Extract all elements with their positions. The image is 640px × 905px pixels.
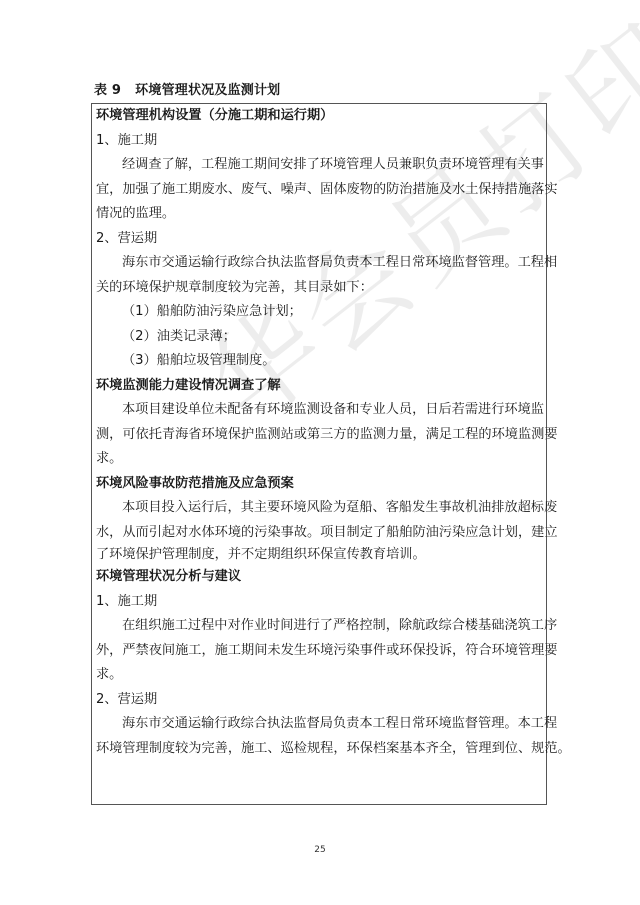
page-number: 25: [0, 845, 640, 855]
paragraph-line: 情况的监理。: [96, 202, 542, 227]
paragraph-line: 水，从而引起对水体环境的污染事故。项目制定了船舶防油污染应急计划，建立: [96, 521, 542, 546]
section-heading: 环境监测能力建设情况调查了解: [96, 374, 542, 399]
paragraph-line: 本项目建设单位未配备有环境监测设备和专业人员，日后若需进行环境监: [96, 398, 542, 423]
paragraph-line: 求。: [96, 663, 542, 688]
subheading: 2、营运期: [96, 688, 542, 713]
document-page: 华会员打印 表 9环境管理状况及监测计划 环境管理机构设置（分施工期和运行期） …: [0, 0, 640, 905]
subheading: 1、施工期: [96, 129, 542, 154]
list-item: （2）油类记录薄；: [96, 325, 542, 350]
table-content: 环境管理机构设置（分施工期和运行期） 1、施工期 经调查了解，工程施工期间安排了…: [92, 104, 546, 761]
section-heading: 环境管理机构设置（分施工期和运行期）: [96, 104, 542, 129]
paragraph-line: 海东市交通运输行政综合执法监督局负责本工程日常环境监督管理。工程相: [96, 251, 542, 276]
paragraph-line: 关的环境保护规章制度较为完善，其目录如下：: [96, 276, 542, 301]
paragraph-line: 海东市交通运输行政综合执法监督局负责本工程日常环境监督管理。本工程: [96, 712, 542, 737]
paragraph-line: 环境管理制度较为完善，施工、巡检规程，环保档案基本齐全，管理到位、规范。: [96, 737, 542, 762]
subheading: 2、营运期: [96, 227, 542, 252]
paragraph-line: 测，可依托青海省环境保护监测站或第三方的监测力量，满足工程的环境监测要: [96, 423, 542, 448]
paragraph-line: 宜，加强了施工期废水、废气、噪声、固体废物的防治措施及水土保持措施落实: [96, 178, 542, 203]
table-box: 环境管理机构设置（分施工期和运行期） 1、施工期 经调查了解，工程施工期间安排了…: [91, 103, 547, 805]
paragraph-line: 了环境保护管理制度，并不定期组织环保宣传教育培训。: [96, 545, 542, 565]
section-heading: 环境管理状况分析与建议: [96, 565, 542, 590]
table-number: 表 9: [94, 83, 121, 98]
subheading: 1、施工期: [96, 590, 542, 615]
paragraph-line: 求。: [96, 447, 542, 472]
paragraph-line: 外，严禁夜间施工，施工期间未发生环境污染事件或环保投诉，符合环境管理要: [96, 639, 542, 664]
paragraph-line: 在组织施工过程中对作业时间进行了严格控制，除航政综合楼基础浇筑工序: [96, 614, 542, 639]
list-item: （3）船舶垃圾管理制度。: [96, 349, 542, 374]
section-heading: 环境风险事故防范措施及应急预案: [96, 472, 542, 497]
list-item: （1）船舶防油污染应急计划；: [96, 300, 542, 325]
paragraph-line: 经调查了解，工程施工期间安排了环境管理人员兼职负责环境管理有关事: [96, 153, 542, 178]
table-caption: 表 9环境管理状况及监测计划: [94, 79, 280, 98]
paragraph-line: 本项目投入运行后，其主要环境风险为趸船、客船发生事故机油排放超标废: [96, 496, 542, 521]
table-title: 环境管理状况及监测计划: [135, 83, 280, 98]
